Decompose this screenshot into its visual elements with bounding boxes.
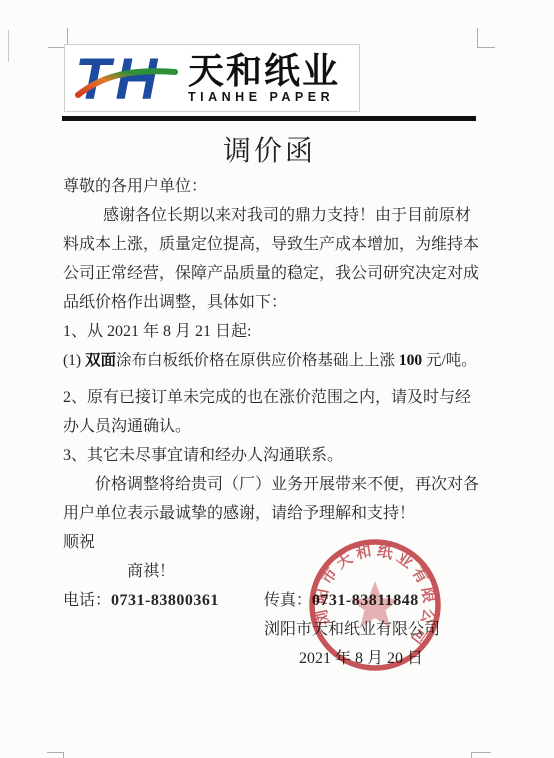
price-adjustment-letter-page: TH 天和纸业 TIANHE PAPER 调价函 尊敬的各用户单位： 感谢各位长…	[0, 0, 554, 758]
detail-bold-amount: 100	[399, 352, 422, 369]
list-item-2-line: 办人员沟通确认。	[63, 412, 476, 441]
company-name-cn: 天和纸业	[188, 52, 340, 90]
list-item-2-line: 2、原有已接订单未完成的也在涨价范围之内，请及时与经	[63, 383, 476, 412]
phone-number: 0731-83800361	[111, 586, 219, 615]
paragraph-line: 料成本上涨，质量定位提高，导致生产成本增加，为维持本	[63, 230, 476, 259]
header-divider	[62, 116, 476, 121]
scan-edge-artifact	[8, 30, 9, 62]
detail-suffix: 元/吨。	[422, 352, 477, 369]
document-title: 调价函	[63, 129, 476, 169]
company-logo: TH 天和纸业 TIANHE PAPER	[64, 44, 360, 112]
paragraph-line: 品纸价格作出调整，具体如下：	[63, 288, 476, 317]
paragraph-line: 公司正常经营，保障产品质量的稳定，我公司研究决定对成	[63, 259, 476, 288]
closing-line: 用户单位表示最诚挚的感谢，请给予理解和支持！	[63, 499, 476, 528]
list-item-1: 1、从 2021 年 8 月 21 日起:	[63, 317, 476, 346]
list-item-1-detail: (1) 双面涂布白板纸价格在原供应价格基础上上涨 100 元/吨。	[63, 346, 476, 375]
company-seal-stamp: 浏阳市天和纸业有限公司	[306, 536, 444, 674]
closing-line: 价格调整将给贵司（厂）业务开展带来不便，再次对各	[63, 470, 476, 499]
detail-prefix: (1)	[63, 352, 85, 369]
detail-bold-paper-type: 双面	[85, 352, 116, 369]
list-item-3: 3、其它未尽事宜请和经办人沟通联系。	[63, 441, 476, 470]
detail-mid: 涂布白板纸价格在原供应价格基础上上涨	[116, 352, 399, 369]
crop-mark-bottom-left	[47, 752, 64, 758]
th-monogram-icon: TH	[75, 52, 179, 105]
phone-label: 电话：	[63, 586, 111, 615]
salutation: 尊敬的各用户单位：	[63, 172, 476, 201]
th-monogram-letters: TH	[75, 52, 162, 105]
crop-mark-top-right	[477, 28, 495, 48]
paragraph-line: 感谢各位长期以来对我司的鼎力支持！由于目前原材	[63, 201, 476, 230]
crop-mark-bottom-right	[471, 752, 491, 758]
fax-label: 传真：	[264, 592, 312, 609]
stamp-star-icon	[350, 581, 399, 628]
company-name-en: TIANHE PAPER	[188, 90, 340, 104]
